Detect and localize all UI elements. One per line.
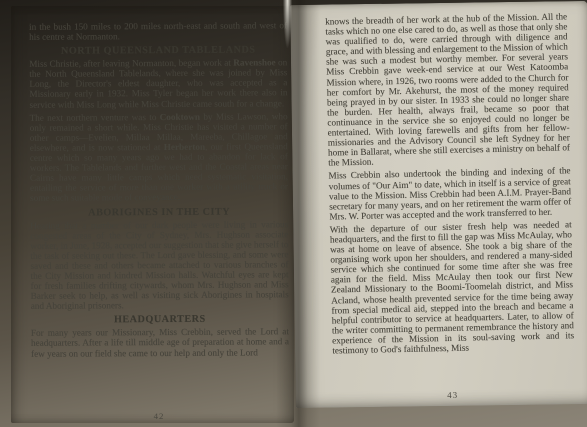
body-paragraph: Miss Christie, after leaving Normanton, … bbox=[29, 57, 287, 109]
section-heading: HEADQUARTERS bbox=[31, 314, 289, 327]
body-paragraph: knows the breadth of her work at the hub… bbox=[325, 11, 570, 168]
text-run: HEADQUARTERS bbox=[114, 314, 206, 326]
body-paragraph: The next northern venture was to Cooktow… bbox=[30, 111, 289, 203]
body-paragraph: For many years our Missionary, Miss Creb… bbox=[31, 327, 289, 359]
text-run: in the bush 150 miles to 200 miles north… bbox=[29, 20, 287, 42]
body-paragraph: in the bush 150 miles to 200 miles north… bbox=[29, 20, 287, 42]
body-paragraph: Hearing that a number of our dark people… bbox=[30, 219, 289, 311]
text-run: For many years our Missionary, Miss Creb… bbox=[31, 327, 289, 359]
left-page-number: 42 bbox=[30, 411, 288, 421]
left-page-text: in the bush 150 miles to 200 miles north… bbox=[29, 20, 289, 361]
section-heading: NORTH QUEENSLAND TABLELANDS bbox=[29, 44, 287, 57]
text-run: Miss Crebbin also undertook the binding … bbox=[328, 166, 571, 222]
right-page-text: knows the breadth of her work at the hub… bbox=[325, 11, 574, 358]
open-book-photo: in the bush 150 miles to 200 miles north… bbox=[0, 0, 587, 427]
text-run: knows the breadth of her work at the hub… bbox=[325, 11, 570, 168]
text-run: Cooktown bbox=[160, 111, 200, 121]
text-run: Herberton bbox=[164, 142, 205, 152]
right-page: knows the breadth of her work at the hub… bbox=[290, 1, 587, 408]
body-paragraph: With the departure of our sister fresh h… bbox=[330, 219, 575, 355]
text-run: Hearing that a number of our dark people… bbox=[30, 219, 288, 311]
text-run: With the departure of our sister fresh h… bbox=[330, 219, 575, 355]
text-run: NORTH QUEENSLAND TABLELANDS bbox=[61, 45, 256, 57]
body-paragraph: Miss Crebbin also undertook the binding … bbox=[328, 166, 571, 222]
left-page: in the bush 150 miles to 200 miles north… bbox=[11, 6, 294, 423]
section-heading: ABORIGINES IN THE CITY bbox=[30, 206, 288, 219]
right-page-number: 43 bbox=[332, 388, 574, 401]
text-run: Ravenshoe bbox=[233, 57, 275, 67]
text-run: ABORIGINES IN THE CITY bbox=[88, 206, 230, 218]
text-run: The next northern venture was to bbox=[30, 112, 160, 123]
